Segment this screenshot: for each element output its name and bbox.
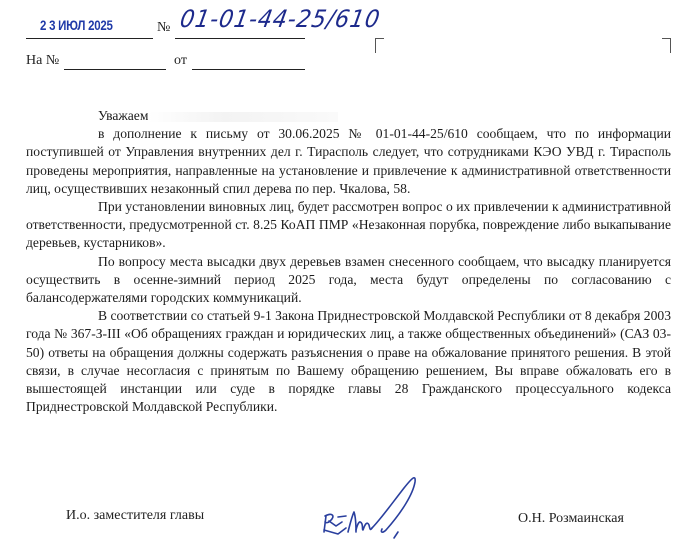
from-label: от xyxy=(174,53,187,69)
salutation-text: Уважаем xyxy=(98,108,148,123)
outgoing-number: 01-01-44-25/610 xyxy=(178,5,383,33)
date-stamp: 2 3 ИЮЛ 2025 xyxy=(40,17,113,33)
redacted-addressee-name xyxy=(148,112,338,122)
letter-body: Уважаем в дополнение к письму от 30.06.2… xyxy=(26,107,671,416)
paragraph-2: При установлении виновных лиц, будет рас… xyxy=(26,198,671,253)
signatory-name: О.Н. Розмаинская xyxy=(518,511,624,527)
paragraph-4: В соответствии со статьей 9-1 Закона При… xyxy=(26,307,671,416)
paragraph-1: в дополнение к письму от 30.06.2025 № 01… xyxy=(26,125,671,198)
reply-to-number-field xyxy=(64,52,166,70)
address-corner-top-right xyxy=(662,38,671,53)
address-corner-top-left xyxy=(375,38,384,53)
salutation: Уважаем xyxy=(26,107,671,125)
paragraph-3: По вопросу места высадки двух деревьев в… xyxy=(26,253,671,308)
reply-to-label: На № xyxy=(26,53,59,69)
from-date-field xyxy=(192,52,305,70)
number-label: № xyxy=(157,20,170,36)
handwritten-signature xyxy=(320,472,440,542)
signatory-position: И.о. заместителя главы xyxy=(66,508,204,524)
